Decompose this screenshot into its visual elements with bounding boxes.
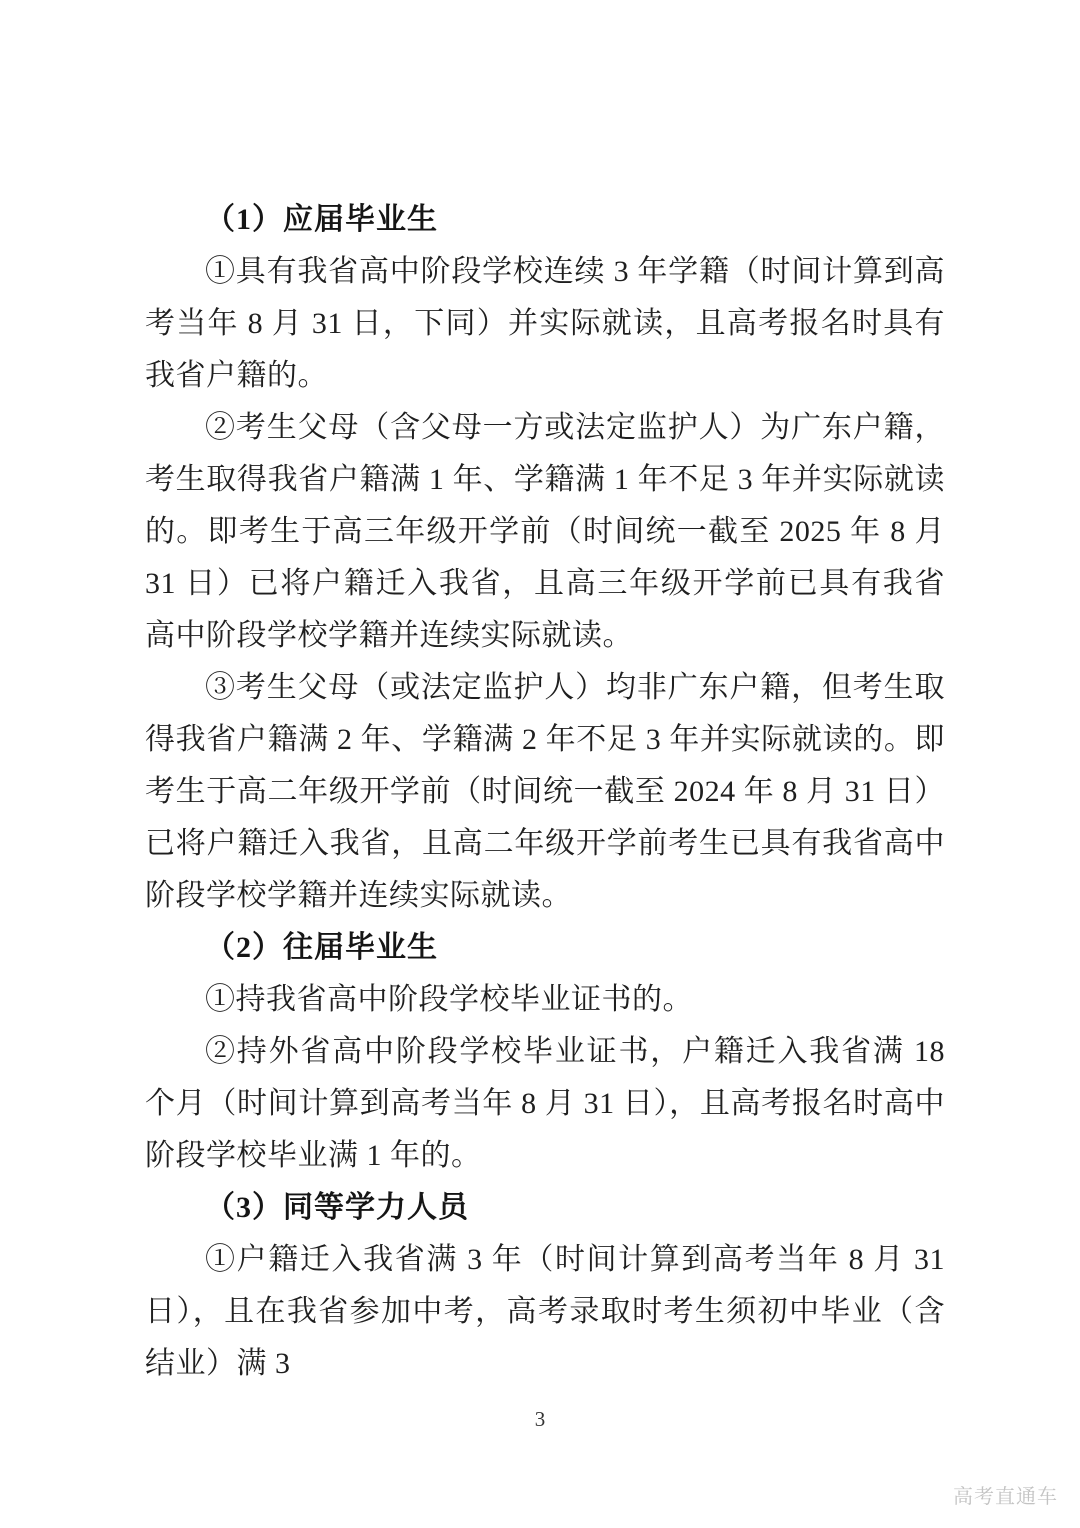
document-body: （1）应届毕业生 ①具有我省高中阶段学校连续 3 年学籍（时间计算到高考当年 8… bbox=[145, 194, 945, 1390]
paragraph: ③考生父母（或法定监护人）均非广东户籍，但考生取得我省户籍满 2 年、学籍满 2… bbox=[145, 662, 945, 922]
page-number: 3 bbox=[0, 1407, 1080, 1432]
paragraph: ②考生父母（含父母一方或法定监护人）为广东户籍，考生取得我省户籍满 1 年、学籍… bbox=[145, 402, 945, 662]
paragraph: ①户籍迁入我省满 3 年（时间计算到高考当年 8 月 31 日），且在我省参加中… bbox=[145, 1234, 945, 1390]
paragraph: ①具有我省高中阶段学校连续 3 年学籍（时间计算到高考当年 8 月 31 日，下… bbox=[145, 246, 945, 402]
section-heading-previous-graduates: （2）往届毕业生 bbox=[145, 922, 945, 974]
watermark: 高考直通车 bbox=[953, 1480, 1058, 1509]
section-heading-fresh-graduates: （1）应届毕业生 bbox=[145, 194, 945, 246]
paragraph: ①持我省高中阶段学校毕业证书的。 bbox=[145, 974, 945, 1026]
paragraph: ②持外省高中阶段学校毕业证书，户籍迁入我省满 18 个月（时间计算到高考当年 8… bbox=[145, 1026, 945, 1182]
document-page: （1）应届毕业生 ①具有我省高中阶段学校连续 3 年学籍（时间计算到高考当年 8… bbox=[0, 0, 1080, 1528]
section-heading-equivalent-qualification: （3）同等学力人员 bbox=[145, 1182, 945, 1234]
